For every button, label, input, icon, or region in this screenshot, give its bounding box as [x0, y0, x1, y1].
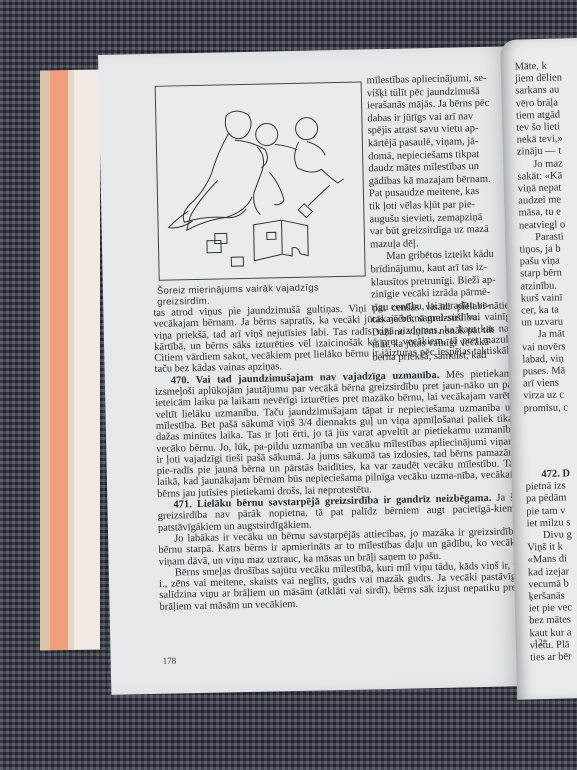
left-page: Šoreiz mierinājums vairāk vajadzīgs grei… — [98, 46, 521, 694]
text-line: iet milzu s — [527, 515, 577, 530]
text-line: vecumā b — [528, 576, 577, 591]
body-text: tas atrod viņus pie jaundzimušā gultiņas… — [153, 300, 519, 612]
text-line: cer, ka ta — [521, 303, 577, 318]
text-line: Ja māt — [522, 327, 577, 342]
text-line: vai novērs — [522, 339, 577, 354]
text-line: bez mātes — [529, 613, 577, 628]
right-page-bottom-text: 472. D pietnā izs pa pēdām pie tam v iet… — [525, 467, 577, 665]
page-number: 12* — [534, 637, 548, 647]
text-line: puses. Mā — [523, 364, 577, 379]
illustration-mother-hugging-child-icon — [156, 83, 365, 280]
page-number: 178 — [163, 655, 177, 665]
section-470: 470. Vai tad jaundzimušajam nav vajadzīg… — [155, 368, 518, 500]
text-line: «Mans di — [527, 552, 577, 567]
text-line: ties ar bēr — [530, 650, 577, 665]
text-line: kad izejar — [528, 564, 577, 579]
illustration-frame — [155, 81, 366, 280]
paragraph-continuation: tas atrod viņus pie jaundzimušā gultiņas… — [153, 300, 514, 375]
text-line: arī viens — [523, 376, 577, 391]
text-line: labad, viņ — [522, 352, 577, 367]
text-line: iet pie vec — [529, 601, 577, 616]
text-line: 472. D — [525, 467, 577, 482]
text-line: pie tam v — [526, 503, 577, 518]
text-line: virza uz c — [523, 388, 577, 403]
text-line: kurš vainī — [521, 291, 577, 306]
book-page-edges — [40, 69, 100, 650]
section-number: 470. — [171, 375, 190, 386]
text-line: promisu, c — [524, 400, 577, 415]
text-line: Viņš it k — [527, 540, 577, 555]
text-line: un uzvaru — [521, 315, 577, 330]
section-number: 471. — [173, 499, 192, 510]
paragraph: Bērns smeļas drošības sajūtu vecāku mīle… — [159, 560, 520, 613]
section-text: Mēs pietiekami izsmeļoši aplūkojām jautā… — [155, 368, 517, 499]
text-line: ķeršanās — [528, 589, 577, 604]
right-page-top-text: Māte, k jiem dēlien sarkans au vēro brāļ… — [515, 59, 577, 416]
text-line: pietnā izs — [526, 479, 577, 494]
text-line: pa pēdām — [526, 491, 577, 506]
